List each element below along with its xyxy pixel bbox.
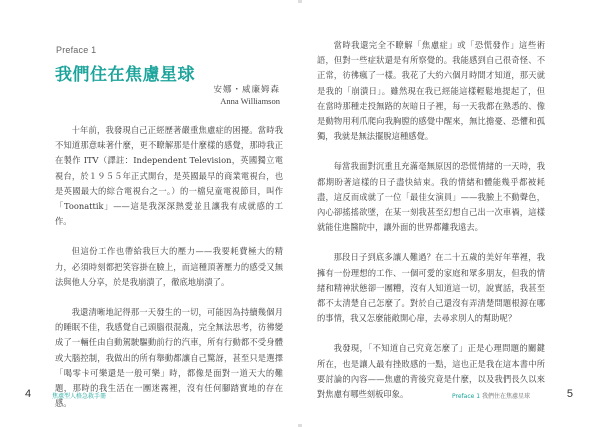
running-footer-chapter-title: 我們住在焦慮星球 [482, 393, 530, 400]
paragraph: 當時我還完全不瞭解「焦慮症」或「恐慌發作」這些術語，但對一些症狀還是有所察覺的。… [317, 38, 545, 144]
paragraph: 那段日子到底多讓人難過？在二十五歲的美好年華裡，我擁有一份理想的工作、一個可愛的… [317, 250, 545, 326]
running-footer-preface-label: Preface 1 [452, 393, 480, 400]
preface-label: Preface 1 [56, 45, 96, 55]
left-page: Preface 1 我們住在焦慮星球 安娜・威廉姆森 Anna Williams… [0, 0, 300, 427]
right-body-text: 當時我還完全不瞭解「焦慮症」或「恐慌發作」這些術語，但對一些症狀還是有所察覺的。… [317, 38, 545, 417]
paragraph: 十年前，我發現自己正經歷著嚴重焦慮症的困擾。當時我不知道那意味著什麼，更不瞭解那… [55, 123, 283, 229]
running-footer-chapter: Preface 1 我們住在焦慮星球 [452, 391, 530, 400]
right-page: 當時我還完全不瞭解「焦慮症」或「恐慌發作」這些術語，但對一些症狀還是有所察覺的。… [300, 0, 600, 427]
left-body-text: 十年前，我發現自己正經歷著嚴重焦慮症的困擾。當時我不知道那意味著什麼，更不瞭解那… [55, 123, 283, 426]
chapter-title: 我們住在焦慮星球 [55, 60, 195, 85]
author-name-english: Anna Williamson [220, 96, 280, 106]
page-number-right: 5 [567, 388, 573, 400]
author-name-chinese: 安娜・威廉姆森 [213, 83, 280, 95]
paragraph: 每當我面對沉重且充滿毫無原因的恐慌情緒的一天時，我都期盼著這樣的日子盡快結束。我… [317, 159, 545, 235]
running-footer-book-title: 焦慮型人格急救手冊 [52, 391, 106, 400]
page-number-left: 4 [25, 388, 31, 400]
paragraph: 但這份工作也帶給我巨大的壓力——我要耗費極大的精力，必須時刻都把笑容掛在臉上，而… [55, 244, 283, 290]
